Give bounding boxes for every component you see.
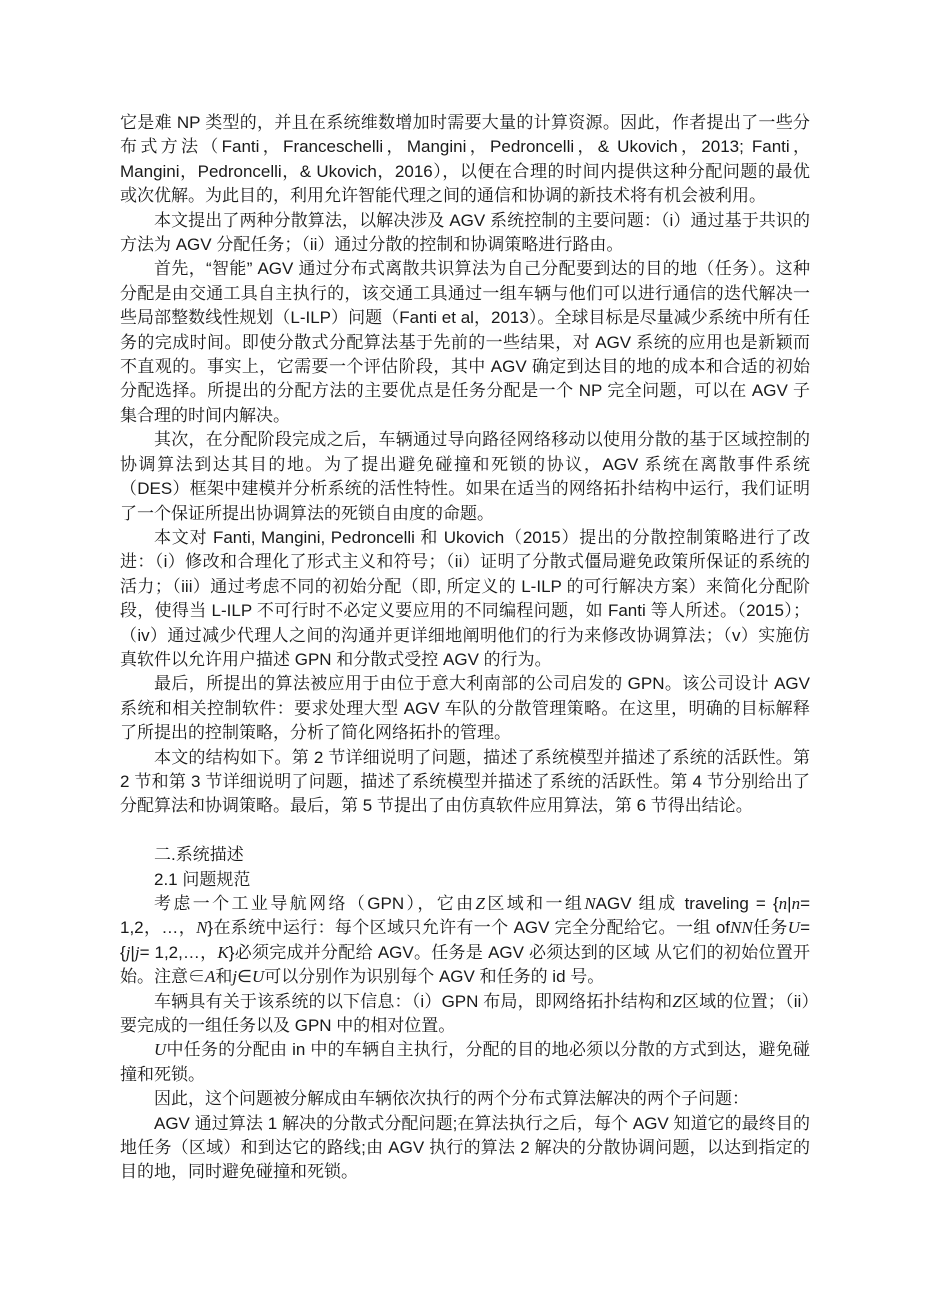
- paragraph: 它是难 NP 类型的，并且在系统维数增加时需要大量的计算资源。因此，作者提出了一…: [120, 111, 810, 209]
- math-variable: A: [205, 967, 215, 986]
- paragraph: 最后，所提出的算法被应用于由位于意大利南部的公司启发的 GPN。该公司设计 AG…: [120, 672, 810, 745]
- math-variable: U: [788, 918, 800, 937]
- paragraph: 首先，“智能” AGV 通过分布式离散共识算法为自己分配要到达的目的地（任务）。…: [120, 257, 810, 428]
- math-variable: Z: [672, 992, 681, 1011]
- paragraph: 车辆具有关于该系统的以下信息：（i）GPN 布局，即网络拓扑结构和Z区域的位置；…: [120, 990, 810, 1039]
- paragraph: 因此，这个问题被分解成由车辆依次执行的两个分布式算法解决的两个子问题：: [120, 1087, 810, 1111]
- math-variable: N: [196, 918, 207, 937]
- paragraph: 本文提出了两种分散算法，以解决涉及 AGV 系统控制的主要问题：（i）通过基于共…: [120, 209, 810, 258]
- math-variable: Z: [476, 894, 485, 913]
- section-heading: 二.系统描述: [120, 843, 810, 867]
- paragraph: AGV 通过算法 1 解决的分散式分配问题;在算法执行之后，每个 AGV 知道它…: [120, 1112, 810, 1185]
- math-variable: n: [779, 894, 788, 913]
- math-variable: NN: [730, 918, 753, 937]
- math-variable: N: [584, 894, 595, 913]
- math-variable: U: [154, 1040, 166, 1059]
- paragraph: U中任务的分配由 in 中的车辆自主执行，分配的目的地必须以分散的方式到达，避免…: [120, 1038, 810, 1087]
- document-content: 它是难 NP 类型的，并且在系统维数增加时需要大量的计算资源。因此，作者提出了一…: [120, 111, 810, 1185]
- blank-line: [120, 819, 810, 843]
- paragraph: 考虑一个工业导航网络（GPN），它由Z区域和一组NAGV 组成 travelin…: [120, 892, 810, 990]
- document-page: 它是难 NP 类型的，并且在系统维数增加时需要大量的计算资源。因此，作者提出了一…: [0, 0, 926, 1309]
- math-variable: U: [252, 967, 264, 986]
- paragraph: 其次，在分配阶段完成之后，车辆通过导向路径网络移动以使用分散的基于区域控制的协调…: [120, 428, 810, 526]
- subsection-heading: 2.1 问题规范: [120, 868, 810, 892]
- math-variable: n: [792, 894, 801, 913]
- paragraph: 本文的结构如下。第 2 节详细说明了问题，描述了系统模型并描述了系统的活跃性。第…: [120, 746, 810, 819]
- paragraph: 本文对 Fanti, Mangini, Pedroncelli 和 Ukovic…: [120, 526, 810, 672]
- math-variable: K: [217, 943, 228, 962]
